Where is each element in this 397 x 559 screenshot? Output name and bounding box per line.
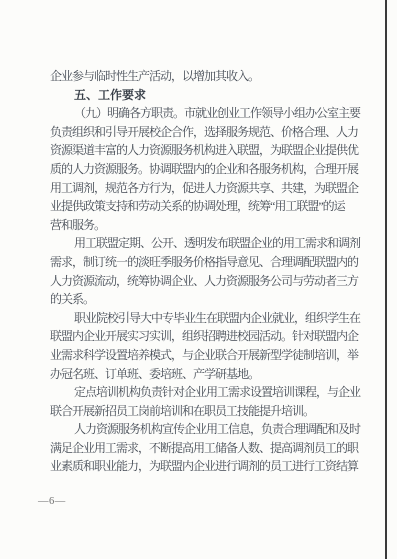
document-line: （九）明确各方职责。市就业创业工作领导小组办公室主要 [50, 104, 360, 123]
document-line: 满足企业用工需求，不断提高用工储备人数、提高调剂员工的职 [50, 439, 360, 458]
document-line: 职业院校引导大中专毕业生在联盟内企业就业，组织学生在 [50, 309, 360, 328]
document-line: 人力资源服务机构宣传企业用工信息，负责合理调配和及时 [50, 420, 360, 439]
document-line: 资源渠道丰富的人力资源服务机构进入联盟，为联盟企业提供优 [50, 141, 360, 160]
document-page: 企业参与临时性生产活动，以增加其收入。五、工作要求（九）明确各方职责。市就业创业… [0, 0, 397, 559]
page-right-edge-line [385, 0, 387, 559]
document-line: 办冠名班、订单班、委培班、产学研基地。 [50, 365, 360, 384]
document-line: 用工联盟定期、公开、透明发布联盟企业的用工需求和调剂 [50, 234, 360, 253]
page-number: —6— [38, 496, 66, 507]
document-line: 定点培训机构负责针对企业用工需求设置培训课程，与企业 [50, 383, 360, 402]
document-line: 业需求科学设置培养模式，与企业联合开展新型学徒制培训，举 [50, 346, 360, 365]
section-heading: 五、工作要求 [50, 86, 360, 105]
document-line: 联合开展新招员工岗前培训和在职员工技能提升培训。 [50, 402, 360, 421]
document-line: 业素质和职业能力，为联盟内企业进行调剂的员工进行工资结算 [50, 457, 360, 476]
document-line: 的关系。 [50, 290, 360, 309]
document-line: 营和服务。 [50, 216, 360, 235]
document-line: 需求，制订统一的淡旺季服务价格指导意见、合理调配联盟内的 [50, 253, 360, 272]
document-line: 联盟内企业开展实习实训，组织招聘进校园活动。针对联盟内企 [50, 327, 360, 346]
document-line: 人力资源流动，统筹协调企业、人力资源服务公司与劳动者三方 [50, 272, 360, 291]
document-line: 负责组织和引导开展校企合作，选择服务规范、价格合理、人力 [50, 123, 360, 142]
text-block: 企业参与临时性生产活动，以增加其收入。五、工作要求（九）明确各方职责。市就业创业… [50, 67, 360, 476]
document-line: 质的人力资源服务。协调联盟内的企业和各服务机构，合理开展 [50, 160, 360, 179]
document-line: 业提供政策支持和劳动关系的协调处理，统筹“用工联盟”的运 [50, 197, 360, 216]
document-line: 企业参与临时性生产活动，以增加其收入。 [50, 67, 360, 86]
document-line: 用工调剂，规范各方行为，促进人力资源共享、共建，为联盟企 [50, 179, 360, 198]
